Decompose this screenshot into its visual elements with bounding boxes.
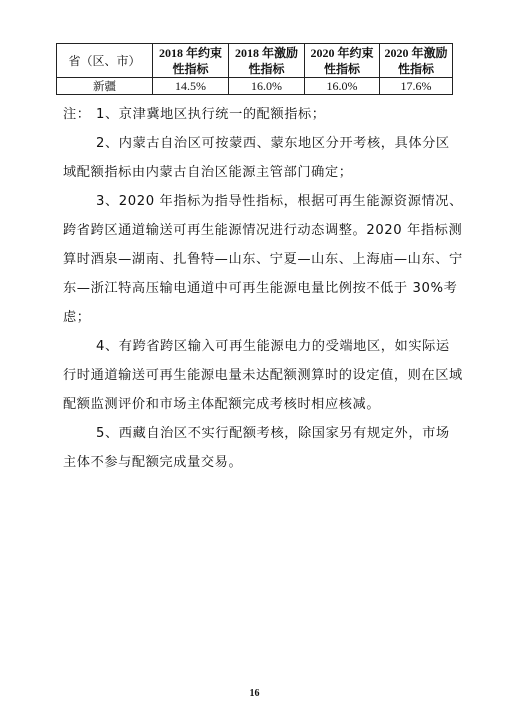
note-item-4: 4、有跨省跨区输入可再生能源电力的受端地区，如实际运行时通道输送可再生能源电量未… [63,332,463,419]
header-text: 2018 年约束 [159,46,222,60]
page-number: 16 [0,688,509,699]
header-text: 性指标 [248,62,284,76]
cell-province: 新疆 [57,78,153,95]
cell-2018-incentive: 16.0% [229,78,305,95]
header-2018-incentive: 2018 年激励性指标 [229,44,305,78]
header-2018-binding: 2018 年约束性指标 [153,44,229,78]
note-item-3: 3、2020 年指标为指导性指标，根据可再生能源资源情况、跨省跨区通道输送可再生… [63,187,463,332]
header-text: 性指标 [172,62,208,76]
document-page: 省（区、市） 2018 年约束性指标 2018 年激励性指标 2020 年约束性… [0,0,509,715]
header-text: 性指标 [324,62,360,76]
header-2020-incentive: 2020 年激励性指标 [380,44,453,78]
note-item-2: 2、内蒙古自治区可按蒙西、蒙东地区分开考核，具体分区域配额指标由内蒙古自治区能源… [63,129,463,187]
header-province: 省（区、市） [57,44,153,78]
table-header-row: 省（区、市） 2018 年约束性指标 2018 年激励性指标 2020 年约束性… [57,44,453,78]
header-text: 省（区、市） [68,54,140,68]
header-text: 2020 年激励 [384,46,447,60]
note-text: 1、京津冀地区执行统一的配额指标； [96,107,326,122]
table-row: 新疆 14.5% 16.0% 16.0% 17.6% [57,78,453,95]
notes-section: 注：1、京津冀地区执行统一的配额指标； 2、内蒙古自治区可按蒙西、蒙东地区分开考… [63,100,463,477]
cell-2020-incentive: 17.6% [380,78,453,95]
quota-table: 省（区、市） 2018 年约束性指标 2018 年激励性指标 2020 年约束性… [56,43,453,95]
cell-2020-binding: 16.0% [305,78,380,95]
header-text: 2020 年约束 [310,46,373,60]
header-text: 2018 年激励 [235,46,298,60]
notes-label: 注： [63,100,96,129]
note-item-5: 5、西藏自治区不实行配额考核，除国家另有规定外，市场主体不参与配额完成量交易。 [63,419,463,477]
header-2020-binding: 2020 年约束性指标 [305,44,380,78]
cell-2018-binding: 14.5% [153,78,229,95]
note-item-1: 注：1、京津冀地区执行统一的配额指标； [63,100,463,129]
header-text: 性指标 [398,62,434,76]
